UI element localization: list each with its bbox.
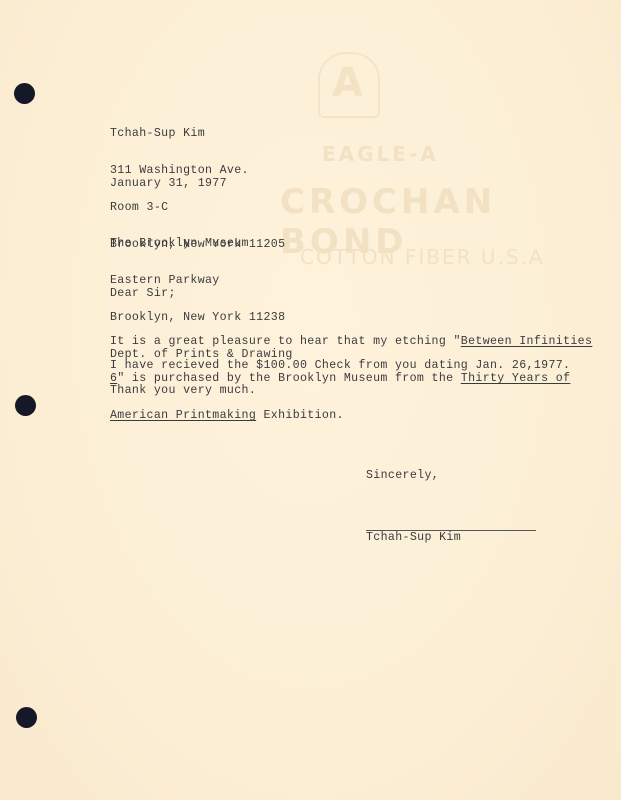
salutation: Dear Sir;: [110, 288, 176, 300]
letter-page: A EAGLE-A CROCHAN BOND COTTON FIBER U.S.…: [0, 0, 621, 800]
recipient-org: The Brooklyn Museum: [110, 238, 293, 250]
p1-text: It is a great pleasure to hear that my e…: [110, 335, 461, 348]
sender-street: 311 Washington Ave.: [110, 165, 285, 177]
watermark-brand: EAGLE-A: [322, 142, 439, 166]
letter-date: January 31, 1977: [110, 178, 227, 190]
punch-hole-bottom: [16, 707, 37, 728]
paragraph-purchase: It is a great pleasure to hear that my e…: [110, 311, 592, 447]
p1-text-end: Exhibition.: [256, 409, 344, 422]
punch-hole-top: [14, 83, 35, 104]
sender-name: Tchah-Sup Kim: [110, 128, 285, 140]
watermark-logo: A: [318, 52, 380, 118]
watermark-paper-name: CROCHAN BOND: [280, 182, 621, 262]
artwork-title-part1: Between Infinities: [461, 335, 593, 348]
exhibition-title-part2: American Printmaking: [110, 409, 256, 422]
watermark-fiber: COTTON FIBER U.S.A: [300, 245, 545, 269]
exhibition-title-part1: Thirty Years of: [461, 372, 571, 385]
paragraph-check: I have recieved the $100.00 Check from y…: [110, 360, 570, 372]
punch-hole-middle: [15, 395, 36, 416]
signature-name: Tchah-Sup Kim: [366, 532, 461, 544]
paragraph-thanks: Thank you very much.: [110, 385, 256, 397]
closing: Sincerely,: [366, 470, 439, 482]
recipient-street: Eastern Parkway: [110, 275, 293, 287]
